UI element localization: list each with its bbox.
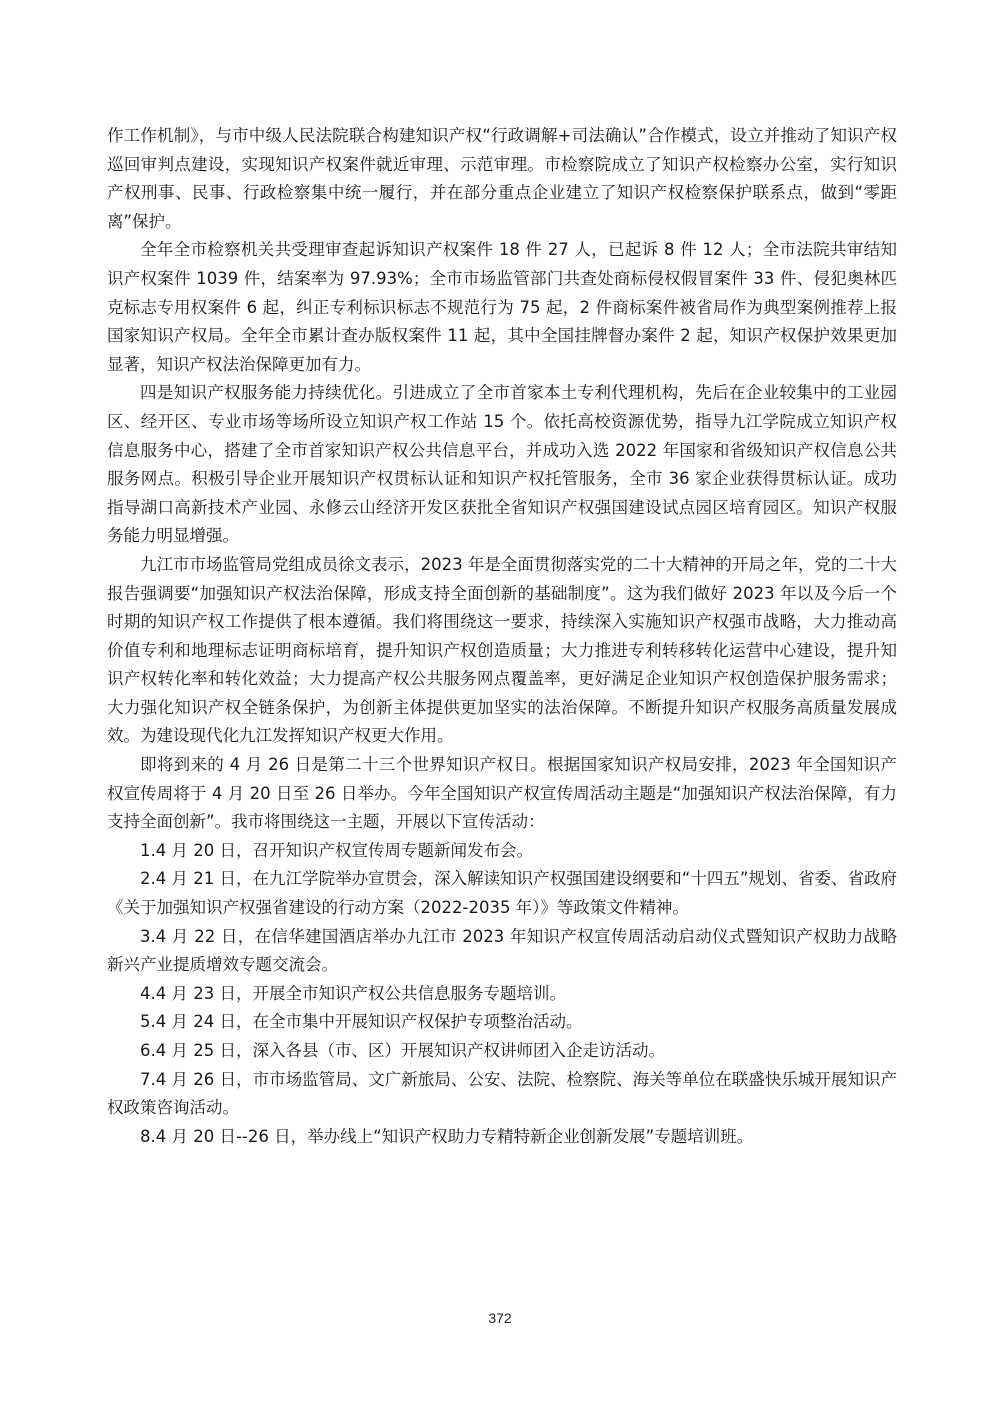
paragraph-continuation: 作工作机制》，与市中级人民法院联合构建知识产权“行政调解+司法确认”合作模式，设… [107, 122, 897, 236]
paragraph-case-statistics: 全年全市检察机关共受理审查起诉知识产权案件 18 件 27 人，已起诉 8 件 … [107, 236, 897, 379]
activity-item-2: 2.4 月 21 日，在九江学院举办宣贯会，深入解读知识产权强国建设纲要和“十四… [107, 865, 897, 922]
activity-item-1: 1.4 月 20 日，召开知识产权宣传周专题新闻发布会。 [107, 837, 897, 866]
page-number: 372 [0, 1310, 1000, 1326]
paragraph-ip-week-intro: 即将到来的 4 月 26 日是第二十三个世界知识产权日。根据国家知识产权局安排，… [107, 751, 897, 837]
activity-item-7: 7.4 月 26 日，市市场监管局、文广新旅局、公安、法院、检察院、海关等单位在… [107, 1066, 897, 1123]
paragraph-service-capability: 四是知识产权服务能力持续优化。引进成立了全市首家本土专利代理机构，先后在企业较集… [107, 379, 897, 551]
document-body: 作工作机制》，与市中级人民法院联合构建知识产权“行政调解+司法确认”合作模式，设… [107, 122, 897, 1151]
activity-item-6: 6.4 月 25 日，深入各县（市、区）开展知识产权讲师团入企走访活动。 [107, 1037, 897, 1066]
activity-item-3: 3.4 月 22 日，在信华建国酒店举办九江市 2023 年知识产权宣传周活动启… [107, 923, 897, 980]
paragraph-official-statement: 九江市市场监管局党组成员徐文表示，2023 年是全面贯彻落实党的二十大精神的开局… [107, 551, 897, 751]
activity-item-4: 4.4 月 23 日，开展全市知识产权公共信息服务专题培训。 [107, 980, 897, 1009]
activity-item-8: 8.4 月 20 日--26 日，举办线上“知识产权助力专精特新企业创新发展”专… [107, 1123, 897, 1152]
activity-item-5: 5.4 月 24 日，在全市集中开展知识产权保护专项整治活动。 [107, 1008, 897, 1037]
